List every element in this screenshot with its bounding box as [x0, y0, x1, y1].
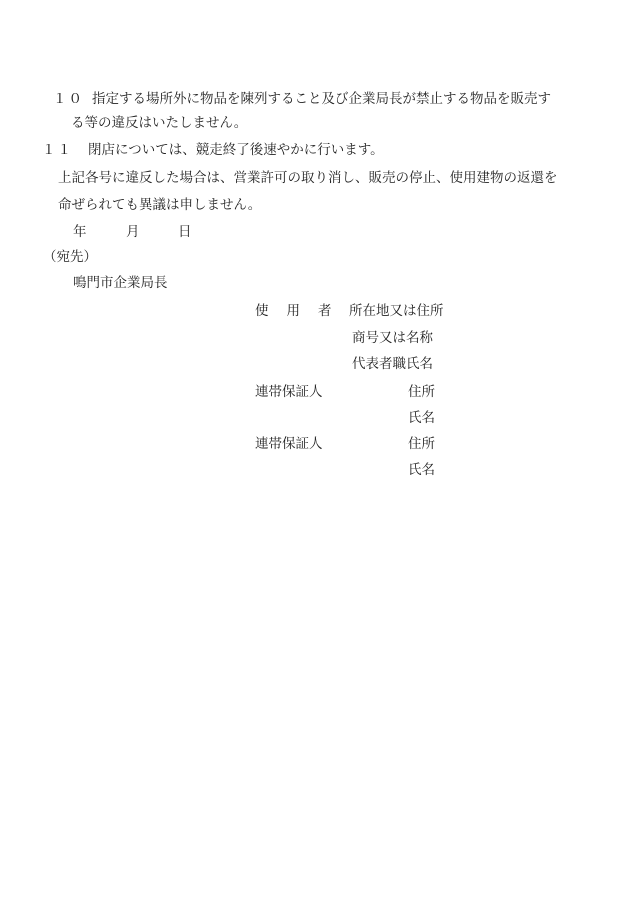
date-year-label: 年	[73, 225, 87, 239]
clause-11-text-line-1: 閉店については、競走終了後速やかに行います。	[88, 143, 384, 157]
document-page: １０ 指定する場所外に物品を陳列すること及び企業局長が禁止する物品を販売す る等…	[0, 0, 630, 903]
guarantor2-field-address: 住所	[408, 437, 435, 451]
addressee-name: 鳴門市企業局長	[73, 276, 168, 290]
penalty-clause-line-2: 命ぜられても異議は申しません。	[58, 198, 261, 212]
date-month-label: 月	[126, 225, 140, 239]
addressee-prefix: （宛先）	[43, 250, 97, 264]
guarantor2-role-label: 連帯保証人	[255, 437, 323, 451]
user-field-address: 所在地又は住所	[349, 304, 444, 318]
guarantor2-field-name: 氏名	[408, 463, 435, 477]
user-role-label: 使用者	[255, 304, 350, 318]
guarantor1-field-name: 氏名	[408, 411, 435, 425]
date-day-label: 日	[178, 225, 192, 239]
clause-10-number: １０	[53, 92, 84, 106]
user-field-representative: 代表者職氏名	[352, 357, 433, 371]
clause-11-number: １１	[42, 143, 73, 157]
clause-10-text-line-1: 指定する場所外に物品を陳列すること及び企業局長が禁止する物品を販売す	[92, 92, 551, 106]
guarantor1-role-label: 連帯保証人	[255, 385, 323, 399]
user-field-trade-name: 商号又は名称	[352, 331, 433, 345]
guarantor1-field-address: 住所	[408, 385, 435, 399]
penalty-clause-line-1: 上記各号に違反した場合は、営業許可の取り消し、販売の停止、使用建物の返還を	[58, 171, 558, 185]
clause-10-text-line-2: る等の違反はいたしません。	[71, 116, 247, 130]
